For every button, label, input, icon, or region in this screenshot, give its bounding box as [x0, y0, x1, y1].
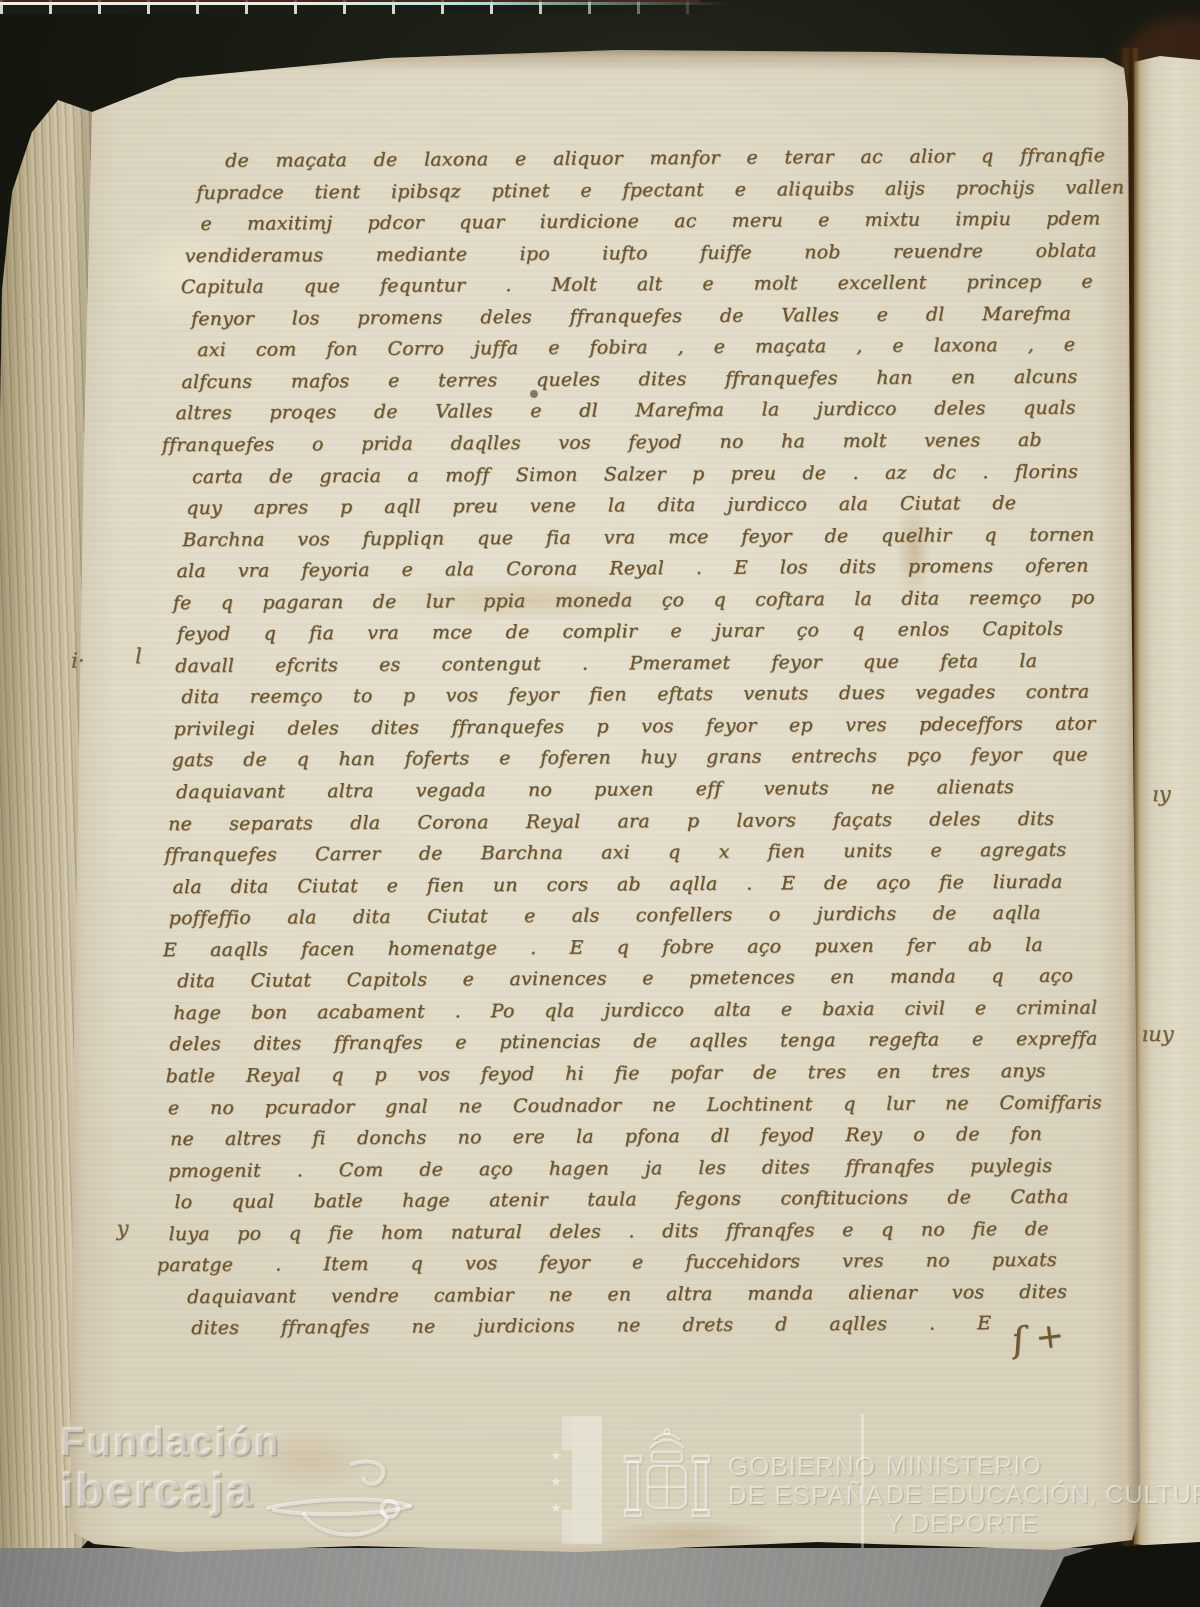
- manuscript-line: ffranquefes Carrer de Barchna axi q x fi…: [164, 839, 1066, 867]
- manuscript-line: ne separats dla Corona Reyal ara p lavor…: [168, 807, 1054, 834]
- manuscript-line: davall efcrits es contengut . Pmeramet f…: [175, 650, 1037, 677]
- manuscript-text: de maçata de laxona e aliquor manfor e t…: [0, 0, 1200, 1607]
- margin-mark: y: [117, 1216, 129, 1240]
- manuscript-line: ffranquefes o prida daqlles vos feyod no…: [162, 429, 1042, 456]
- catchword-mark: ſ +: [1010, 1315, 1066, 1361]
- manuscript-line: lo qual batle hage atenir taula fegons c…: [174, 1186, 1068, 1213]
- manuscript-line: alfcuns mafos e terres queles dites ffra…: [181, 365, 1077, 392]
- margin-mark: ıy: [1152, 782, 1171, 806]
- manuscript-line: gats de q han foferts e foferen huy gran…: [172, 744, 1088, 772]
- manuscript-line: Capitula que fequntur . Molt alt e molt …: [181, 271, 1093, 299]
- margin-mark: l: [135, 644, 142, 668]
- manuscript-line: privilegi deles dites ffranquefes p vos …: [173, 712, 1095, 740]
- manuscript-line: deles dites ffranqfes e ptinencias de aq…: [169, 1028, 1097, 1056]
- manuscript-line: dita reemço to p vos feyor fien eftats v…: [181, 681, 1089, 709]
- manuscript-line: luya po q fie hom natural deles . dits f…: [169, 1217, 1049, 1244]
- margin-mark: ıuy: [1141, 1022, 1173, 1046]
- ministerio-watermark-line2: DE EDUCACIÓN, CULTURA: [886, 1481, 1200, 1510]
- manuscript-line: axi com fon Corro juffa e fobira , e maç…: [197, 334, 1075, 361]
- ibercaja-watermark-line2: ibercaja: [60, 1462, 254, 1517]
- manuscript-line: e maxitimj pdcor quar iurdicione ac meru…: [200, 207, 1100, 234]
- ibercaja-watermark-line1: Fundación: [60, 1420, 280, 1465]
- manuscript-line: vendideramus mediante ipo iufto fuiffe n…: [185, 239, 1097, 267]
- ibercaja-logo-icon: [252, 1452, 422, 1547]
- flag-icon: [562, 1416, 572, 1450]
- manuscript-line: fenyor los promens deles ffranquefes de …: [191, 302, 1071, 329]
- manuscript-line: carta de gracia a moff Simon Salzer p pr…: [192, 460, 1078, 487]
- manuscript-line: hage bon acabament . Po qla jurdicco alt…: [173, 996, 1097, 1024]
- manuscript-line: Barchna vos fuppliqn que fia vra mce fey…: [182, 523, 1094, 551]
- star-icon: ★: [550, 1500, 562, 1516]
- coat-of-arms-icon: [612, 1426, 722, 1536]
- manuscript-line: daquiavant altra vegada no puxen eff ven…: [176, 776, 1014, 803]
- manuscript-line: poffeffio ala dita Ciutat e als confelle…: [169, 902, 1041, 929]
- manuscript-line: fupradce tient ipibsqz ptinet e fpectant…: [196, 176, 1124, 204]
- star-icon: ★: [550, 1448, 562, 1464]
- archive-photo: { "colors":{ "background_dark":"#15170f"…: [0, 0, 1200, 1607]
- manuscript-line: batle Reyal q p vos feyod hi fie pofar d…: [166, 1060, 1046, 1087]
- flag-icon: [572, 1416, 602, 1544]
- manuscript-line: E aaqlls facen homenatge . E q fobre aço…: [163, 933, 1043, 960]
- manuscript-line: dites ffranqfes ne jurdicions ne drets d…: [191, 1312, 991, 1339]
- manuscript-line: feyod q fia vra mce de complir e jurar ç…: [177, 618, 1063, 645]
- manuscript-line: ne altres fi donchs no ere la pfona dl f…: [170, 1123, 1042, 1150]
- watermark-divider: [861, 1414, 864, 1548]
- margin-mark: i·: [71, 649, 85, 673]
- manuscript-line: fe q pagaran de lur ppia moneda ço q cof…: [173, 586, 1095, 614]
- manuscript-line: altres proqes de Valles e dl Marefma la …: [176, 397, 1076, 424]
- manuscript-line: de maçata de laxona e aliquor manfor e t…: [225, 144, 1105, 171]
- flag-icon: [562, 1510, 572, 1544]
- star-icon: ★: [550, 1474, 562, 1490]
- manuscript-line: ala dita Ciutat e fien un cors ab aqlla …: [172, 870, 1062, 897]
- ministerio-watermark-line1: MINISTERIO: [886, 1452, 1200, 1481]
- manuscript-line: paratge . Item q vos feyor e fuccehidors…: [157, 1249, 1057, 1276]
- ministerio-watermark-line3: Y DEPORTE: [886, 1510, 1200, 1539]
- manuscript-line: daquiavant vendre cambiar ne en altra ma…: [187, 1280, 1067, 1307]
- manuscript-line: ala vra feyoria e ala Corona Reyal . E l…: [177, 555, 1089, 583]
- manuscript-line: quy apres p aqll preu vene la dita jurdi…: [186, 492, 1016, 519]
- manuscript-line: dita Ciutat Capitols e avinences e pmete…: [177, 965, 1073, 992]
- manuscript-line: e no pcurador gnal ne Coudnador ne Locht…: [168, 1091, 1102, 1119]
- manuscript-line: pmogenit . Com de aço hagen ja les dites…: [168, 1154, 1052, 1181]
